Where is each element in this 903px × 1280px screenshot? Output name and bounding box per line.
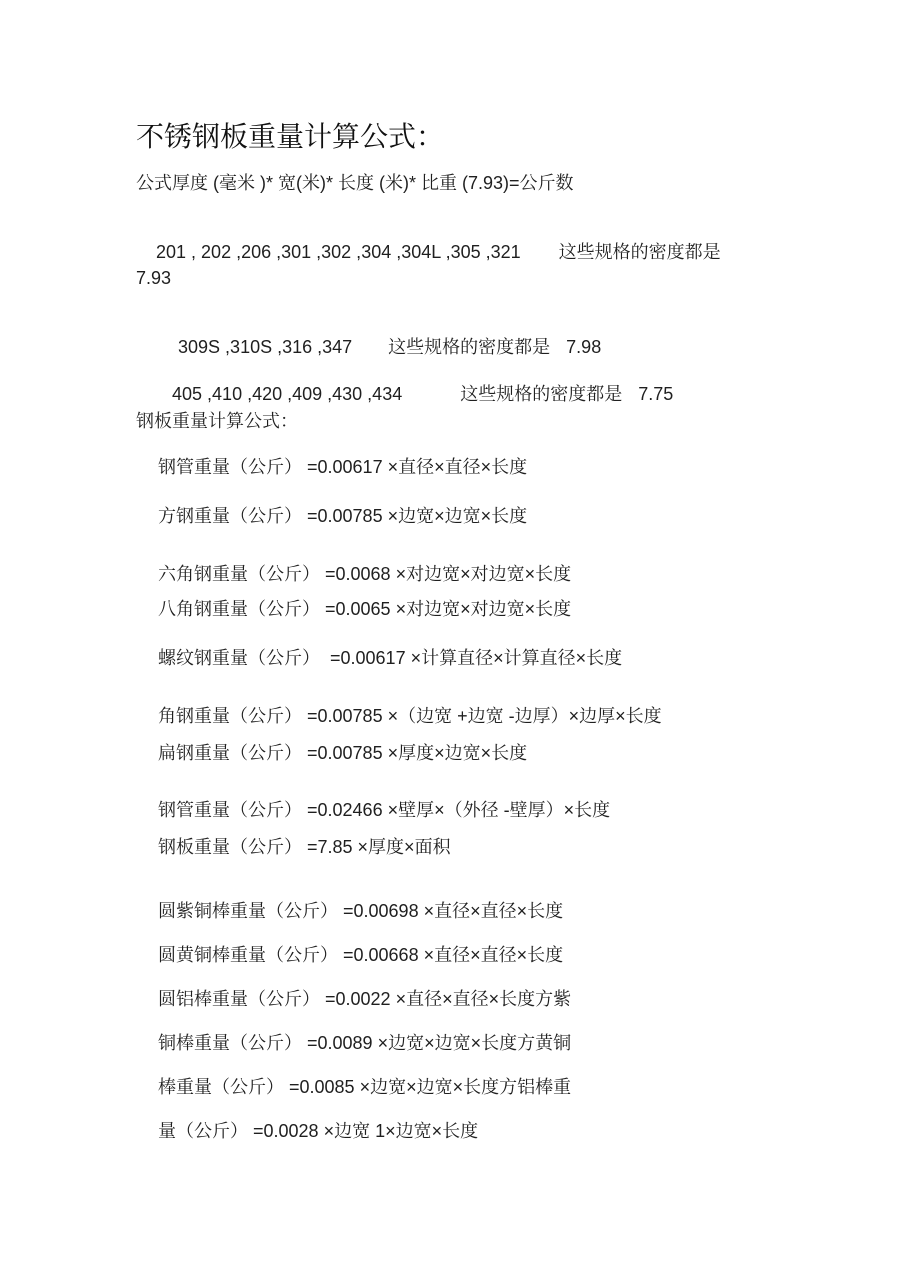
section-heading: 钢板重量计算公式： (136, 410, 298, 432)
formula-rebar: 螺纹钢重量（公斤） =0.00617 ×计算直径×计算直径×长度 (158, 647, 622, 669)
formula-square-brass-bar: 棒重量（公斤） =0.0085 ×边宽×边宽×长度方铝棒重 (158, 1076, 571, 1098)
formula-round-aluminum-bar: 圆铝棒重量（公斤） =0.0022 ×直径×直径×长度方紫 (158, 988, 571, 1010)
formula-line: 公式厚度 (毫米 )* 宽(米)* 长度 (米)* 比重 (7.93)=公斤数 (136, 172, 574, 194)
document-title: 不锈钢板重量计算公式： (136, 120, 444, 154)
formula-flat-steel: 扁钢重量（公斤） =0.00785 ×厚度×边宽×长度 (158, 742, 527, 764)
density-label: 这些规格的密度都是 (460, 384, 622, 404)
formula-steel-pipe-wall: 钢管重量（公斤） =0.02466 ×壁厚×（外径 -壁厚）×长度 (158, 799, 610, 821)
formula-round-brass-bar: 圆黄铜棒重量（公斤） =0.00668 ×直径×直径×长度 (158, 944, 563, 966)
formula-square-aluminum-bar: 量（公斤） =0.0028 ×边宽 1×边宽×长度 (158, 1120, 478, 1142)
density-grades: 309S ,310S ,316 ,347 (178, 337, 352, 357)
density-label: 这些规格的密度都是 (559, 242, 721, 262)
formula-steel-pipe: 钢管重量（公斤） =0.00617 ×直径×直径×长度 (158, 456, 527, 478)
formula-steel-plate: 钢板重量（公斤） =7.85 ×厚度×面积 (158, 836, 451, 858)
density-grades: 201 , 202 ,206 ,301 ,302 ,304 ,304L ,305… (156, 242, 521, 262)
density-label: 这些规格的密度都是 (388, 337, 550, 357)
formula-round-copper-bar: 圆紫铜棒重量（公斤） =0.00698 ×直径×直径×长度 (158, 900, 563, 922)
formula-hex-steel: 六角钢重量（公斤） =0.0068 ×对边宽×对边宽×长度 (158, 563, 571, 585)
formula-angle-steel: 角钢重量（公斤） =0.00785 ×（边宽 +边宽 -边厚）×边厚×长度 (158, 705, 662, 727)
density-value: 7.98 (566, 337, 601, 357)
density-value: 7.75 (638, 384, 673, 404)
density-group-1: 201 , 202 ,206 ,301 ,302 ,304 ,304L ,305… (136, 219, 721, 285)
density-grades: 405 ,410 ,420 ,409 ,430 ,434 (172, 384, 402, 404)
formula-octagon-steel: 八角钢重量（公斤） =0.0065 ×对边宽×对边宽×长度 (158, 598, 571, 620)
formula-square-copper-bar: 铜棒重量（公斤） =0.0089 ×边宽×边宽×长度方黄铜 (158, 1032, 571, 1054)
formula-square-steel: 方钢重量（公斤） =0.00785 ×边宽×边宽×长度 (158, 505, 527, 527)
document-page: 不锈钢板重量计算公式： 公式厚度 (毫米 )* 宽(米)* 长度 (米)* 比重… (0, 0, 903, 1280)
density-value: 7.93 (136, 267, 171, 289)
